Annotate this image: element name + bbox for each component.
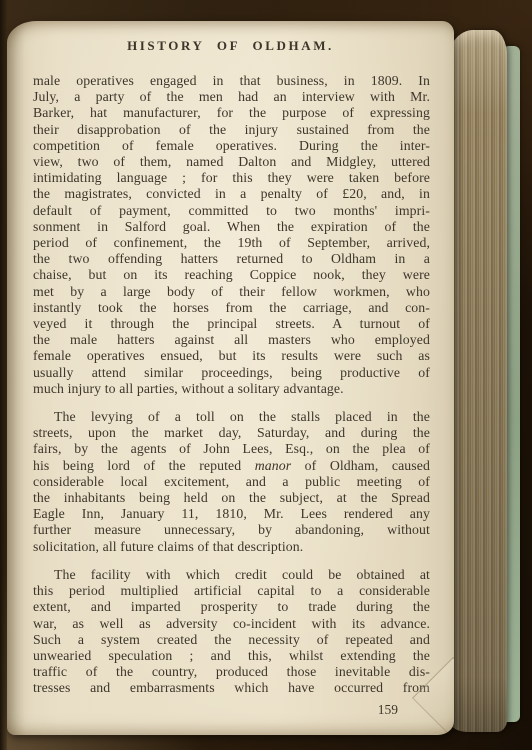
paragraph: male operatives engaged in that business… (33, 73, 430, 397)
text-line: considerable local excitement, and a pub… (33, 474, 430, 490)
text-line: his being lord of the reputed manor of O… (33, 458, 430, 474)
text-line: The levying of a toll on the stalls plac… (33, 409, 430, 425)
text-line: the inhabitants being held on the subjec… (33, 490, 430, 506)
text-line: default of payment, committed to two mon… (33, 203, 430, 219)
text-line: solicitation, all future claims of that … (33, 539, 430, 555)
page-number: 159 (7, 702, 454, 718)
text-line: usually attend similar proceedings, bein… (33, 365, 430, 381)
book-fore-edge-pages (447, 30, 507, 732)
book-page: HISTORY OF OLDHAM. male operatives engag… (7, 21, 454, 735)
text-line: July, a party of the men had an intervie… (33, 89, 430, 105)
paragraph: The facility with which credit could be … (33, 567, 430, 697)
text-line: view, two of them, named Dalton and Midg… (33, 154, 430, 170)
text-line: period of confinement, the 19th of Septe… (33, 235, 430, 251)
text-line: The facility with which credit could be … (33, 567, 430, 583)
scanned-book-photo: HISTORY OF OLDHAM. male operatives engag… (0, 0, 532, 750)
paragraph: The levying of a toll on the stalls plac… (33, 409, 430, 555)
text-block: male operatives engaged in that business… (7, 73, 454, 697)
text-line: further measure unnecessary, by abandoni… (33, 522, 430, 538)
text-line: Eagle Inn, January 11, 1810, Mr. Lees re… (33, 506, 430, 522)
running-header: HISTORY OF OLDHAM. (7, 38, 454, 54)
text-line: female operatives ensued, but its result… (33, 348, 430, 364)
text-line: tresses and embarrasments which have occ… (33, 680, 430, 696)
text-line: sonment in Salford goal. When the expira… (33, 219, 430, 235)
text-line: intimidating language ; for this they we… (33, 170, 430, 186)
text-line: much injury to all parties, without a so… (33, 381, 430, 397)
binding-gutter-shadow (0, 0, 7, 750)
text-line: the two offending hatters returned to Ol… (33, 251, 430, 267)
text-line: traffic of the country, produced those i… (33, 664, 430, 680)
text-line: chaise, but on its reaching Coppice nook… (33, 267, 430, 283)
text-line: the magistrates, convicted in a penalty … (33, 186, 430, 202)
text-line: fairs, by the agents of John Lees, Esq.,… (33, 441, 430, 457)
text-line: instantly took the horses from the carri… (33, 300, 430, 316)
text-line: streets, upon the market day, Saturday, … (33, 425, 430, 441)
text-line: unwearied speculation ; and this, whilst… (33, 648, 430, 664)
text-line: extent, and imparted prosperity to trade… (33, 599, 430, 615)
text-line: Barker, hat manufacturer, for the purpos… (33, 105, 430, 121)
text-line: the male hatters against all masters who… (33, 332, 430, 348)
text-line: Such a system created the necessity of r… (33, 632, 430, 648)
text-line: competition of female operatives. During… (33, 138, 430, 154)
text-line: their disapprobation of the injury susta… (33, 122, 430, 138)
text-line: this period multiplied artificial capita… (33, 583, 430, 599)
text-line: war, as well as adversity co-incident wi… (33, 616, 430, 632)
text-line: veyed it through the principal streets. … (33, 316, 430, 332)
text-line: met by a large body of their fellow work… (33, 284, 430, 300)
text-line: male operatives engaged in that business… (33, 73, 430, 89)
